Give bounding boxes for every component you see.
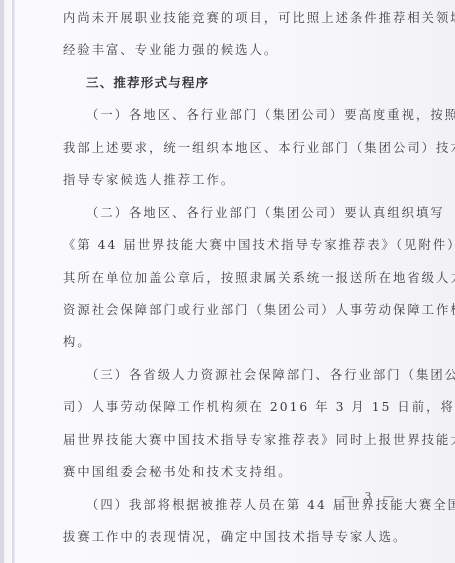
paragraph-line: （三）各省级人力资源社会保障部门、各行业部门（集团公	[86, 367, 455, 383]
paragraph-line: 内尚未开展职业技能竞赛的项目，可比照上述条件推荐相关领域	[63, 10, 455, 26]
paragraph-line: 资源社会保障部门或行业部门（集团公司）人事劳动保障工作机	[63, 302, 455, 318]
section-heading-3: 三、推荐形式与程序	[86, 75, 209, 91]
paragraph-line: （一）各地区、各行业部门（集团公司）要高度重视，按照	[86, 107, 455, 123]
paragraph-line: 指导专家候选人推荐工作。	[63, 172, 235, 188]
page-number: — 3 —	[342, 490, 398, 503]
binding-edge	[0, 0, 4, 563]
paragraph-line: 其所在单位加盖公章后，按照隶属关系统一报送所在地省级人力	[63, 270, 455, 286]
paragraph-line: 构。	[63, 334, 92, 350]
paragraph-line: （二）各地区、各行业部门（集团公司）要认真组织填写	[86, 205, 445, 221]
paragraph-line: 届世界技能大赛中国技术指导专家推荐表》同时上报世界技能大	[63, 432, 455, 448]
binding-shadow	[12, 0, 15, 563]
paragraph-line: 经验丰富、专业能力强的候选人。	[63, 42, 278, 58]
paragraph-line: 赛中国组委会秘书处和技术支持组。	[63, 464, 293, 480]
paragraph-line: 《第 44 届世界技能大赛中国技术指导专家推荐表》（见附件），由	[63, 237, 455, 253]
paragraph-line: 我部上述要求，统一组织本地区、本行业部门（集团公司）技术	[63, 140, 455, 156]
document-page: 内尚未开展职业技能竞赛的项目，可比照上述条件推荐相关领域 经验丰富、专业能力强的…	[0, 0, 455, 563]
paragraph-line: 拔赛工作中的表现情况，确定中国技术指导专家人选。	[63, 529, 407, 545]
paragraph-line: （四）我部将根据被推荐人员在第 44 届世界技能大赛全国选	[86, 497, 455, 513]
paragraph-line: 司）人事劳动保障工作机构须在 2016 年 3 月 15 日前，将《第 44	[63, 399, 455, 415]
